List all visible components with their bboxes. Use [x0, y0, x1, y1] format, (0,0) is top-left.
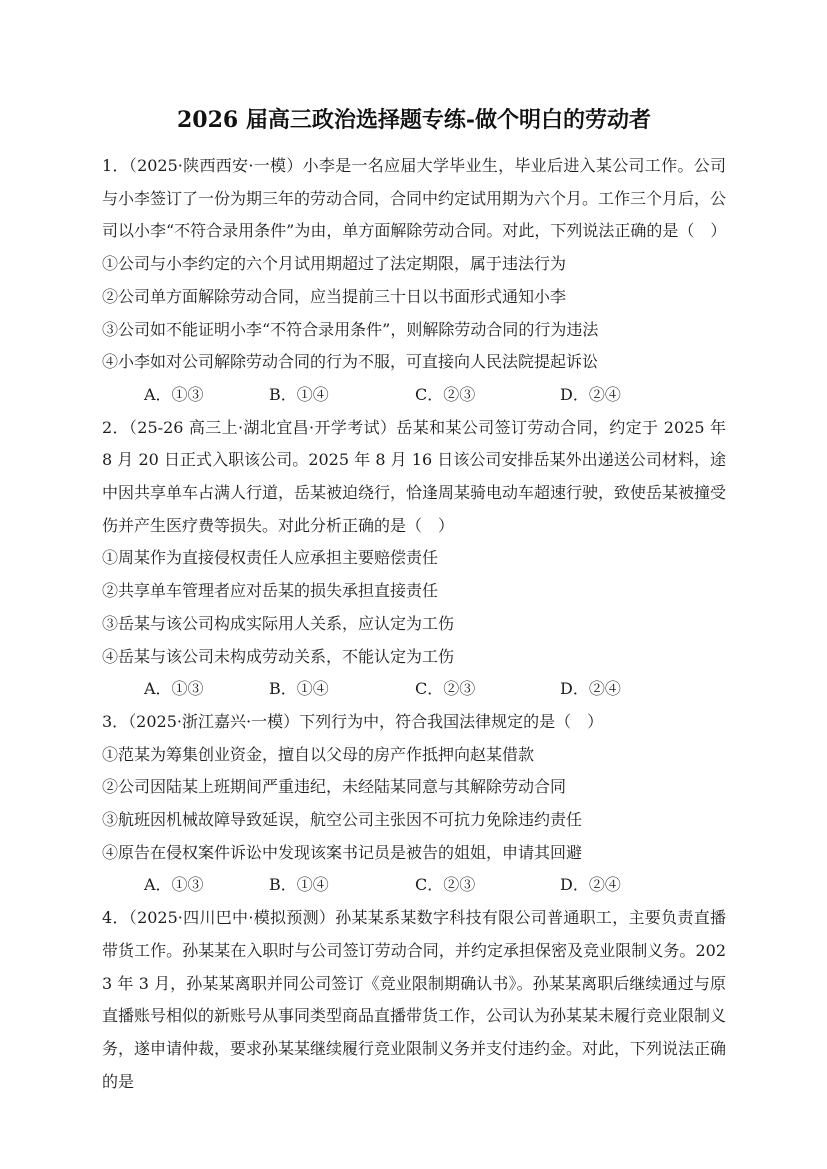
question-1-statement-1: ①公司与小李约定的六个月试用期超过了法定期限，属于违法行为 [102, 248, 726, 281]
document-title: 2026 届高三政治选择题专练-做个明白的劳动者 [102, 103, 726, 137]
question-2-choices: A．①③ B．①④ C．②③ D．②④ [102, 673, 726, 706]
question-3-choice-b: B．①④ [269, 869, 415, 902]
question-2-choice-c: C．②③ [415, 673, 560, 706]
question-2: 2．（25-26 高三上·湖北宜昌·开学考试）岳某和某公司签订劳动合同，约定于 … [102, 412, 726, 706]
question-3-stem: 3．（2025·浙江嘉兴·一模）下列行为中，符合我国法律规定的是（ ） [102, 706, 726, 739]
question-1-statement-3: ③公司如不能证明小李“不符合录用条件”，则解除劳动合同的行为违法 [102, 314, 726, 347]
document-page: 2026 届高三政治选择题专练-做个明白的劳动者 1．（2025·陕西西安·一模… [0, 0, 827, 1169]
question-3-choice-a: A．①③ [144, 869, 269, 902]
question-3: 3．（2025·浙江嘉兴·一模）下列行为中，符合我国法律规定的是（ ） ①范某为… [102, 706, 726, 902]
question-2-statement-3: ③岳某与该公司构成实际用人关系，应认定为工伤 [102, 608, 726, 641]
question-2-choice-d: D．②④ [560, 673, 621, 706]
question-3-statement-3: ③航班因机械故障导致延误，航空公司主张因不可抗力免除违约责任 [102, 804, 726, 837]
question-2-statement-2: ②共享单车管理者应对岳某的损失承担直接责任 [102, 575, 726, 608]
question-1-choice-a: A．①③ [144, 379, 269, 412]
question-2-choice-b: B．①④ [269, 673, 415, 706]
question-2-statement-4: ④岳某与该公司未构成劳动关系，不能认定为工伤 [102, 641, 726, 674]
question-1-choice-b: B．①④ [269, 379, 415, 412]
question-1-choices: A．①③ B．①④ C．②③ D．②④ [102, 379, 726, 412]
question-2-choice-a: A．①③ [144, 673, 269, 706]
question-1-statement-4: ④小李如对公司解除劳动合同的行为不服，可直接向人民法院提起诉讼 [102, 346, 726, 379]
question-4: 4．（2025·四川巴中·模拟预测）孙某某系某数字科技有限公司普通职工，主要负责… [102, 902, 726, 1098]
question-2-statement-1: ①周某作为直接侵权责任人应承担主要赔偿责任 [102, 542, 726, 575]
question-1-statement-2: ②公司单方面解除劳动合同，应当提前三十日以书面形式通知小李 [102, 281, 726, 314]
question-3-choices: A．①③ B．①④ C．②③ D．②④ [102, 869, 726, 902]
question-3-statement-4: ④原告在侵权案件诉讼中发现该案书记员是被告的姐姐，申请其回避 [102, 837, 726, 870]
question-1-choice-d: D．②④ [560, 379, 621, 412]
question-3-choice-c: C．②③ [415, 869, 560, 902]
question-1-choice-c: C．②③ [415, 379, 560, 412]
question-2-stem: 2．（25-26 高三上·湖北宜昌·开学考试）岳某和某公司签订劳动合同，约定于 … [102, 412, 726, 543]
question-3-choice-d: D．②④ [560, 869, 621, 902]
document-content: 2026 届高三政治选择题专练-做个明白的劳动者 1．（2025·陕西西安·一模… [102, 103, 726, 1098]
question-1: 1．（2025·陕西西安·一模）小李是一名应届大学毕业生，毕业后进入某公司工作。… [102, 150, 726, 412]
question-3-statement-1: ①范某为筹集创业资金，擅自以父母的房产作抵押向赵某借款 [102, 739, 726, 772]
question-1-stem: 1．（2025·陕西西安·一模）小李是一名应届大学毕业生，毕业后进入某公司工作。… [102, 150, 726, 248]
question-4-stem: 4．（2025·四川巴中·模拟预测）孙某某系某数字科技有限公司普通职工，主要负责… [102, 902, 726, 1098]
question-3-statement-2: ②公司因陆某上班期间严重违纪，未经陆某同意与其解除劳动合同 [102, 771, 726, 804]
